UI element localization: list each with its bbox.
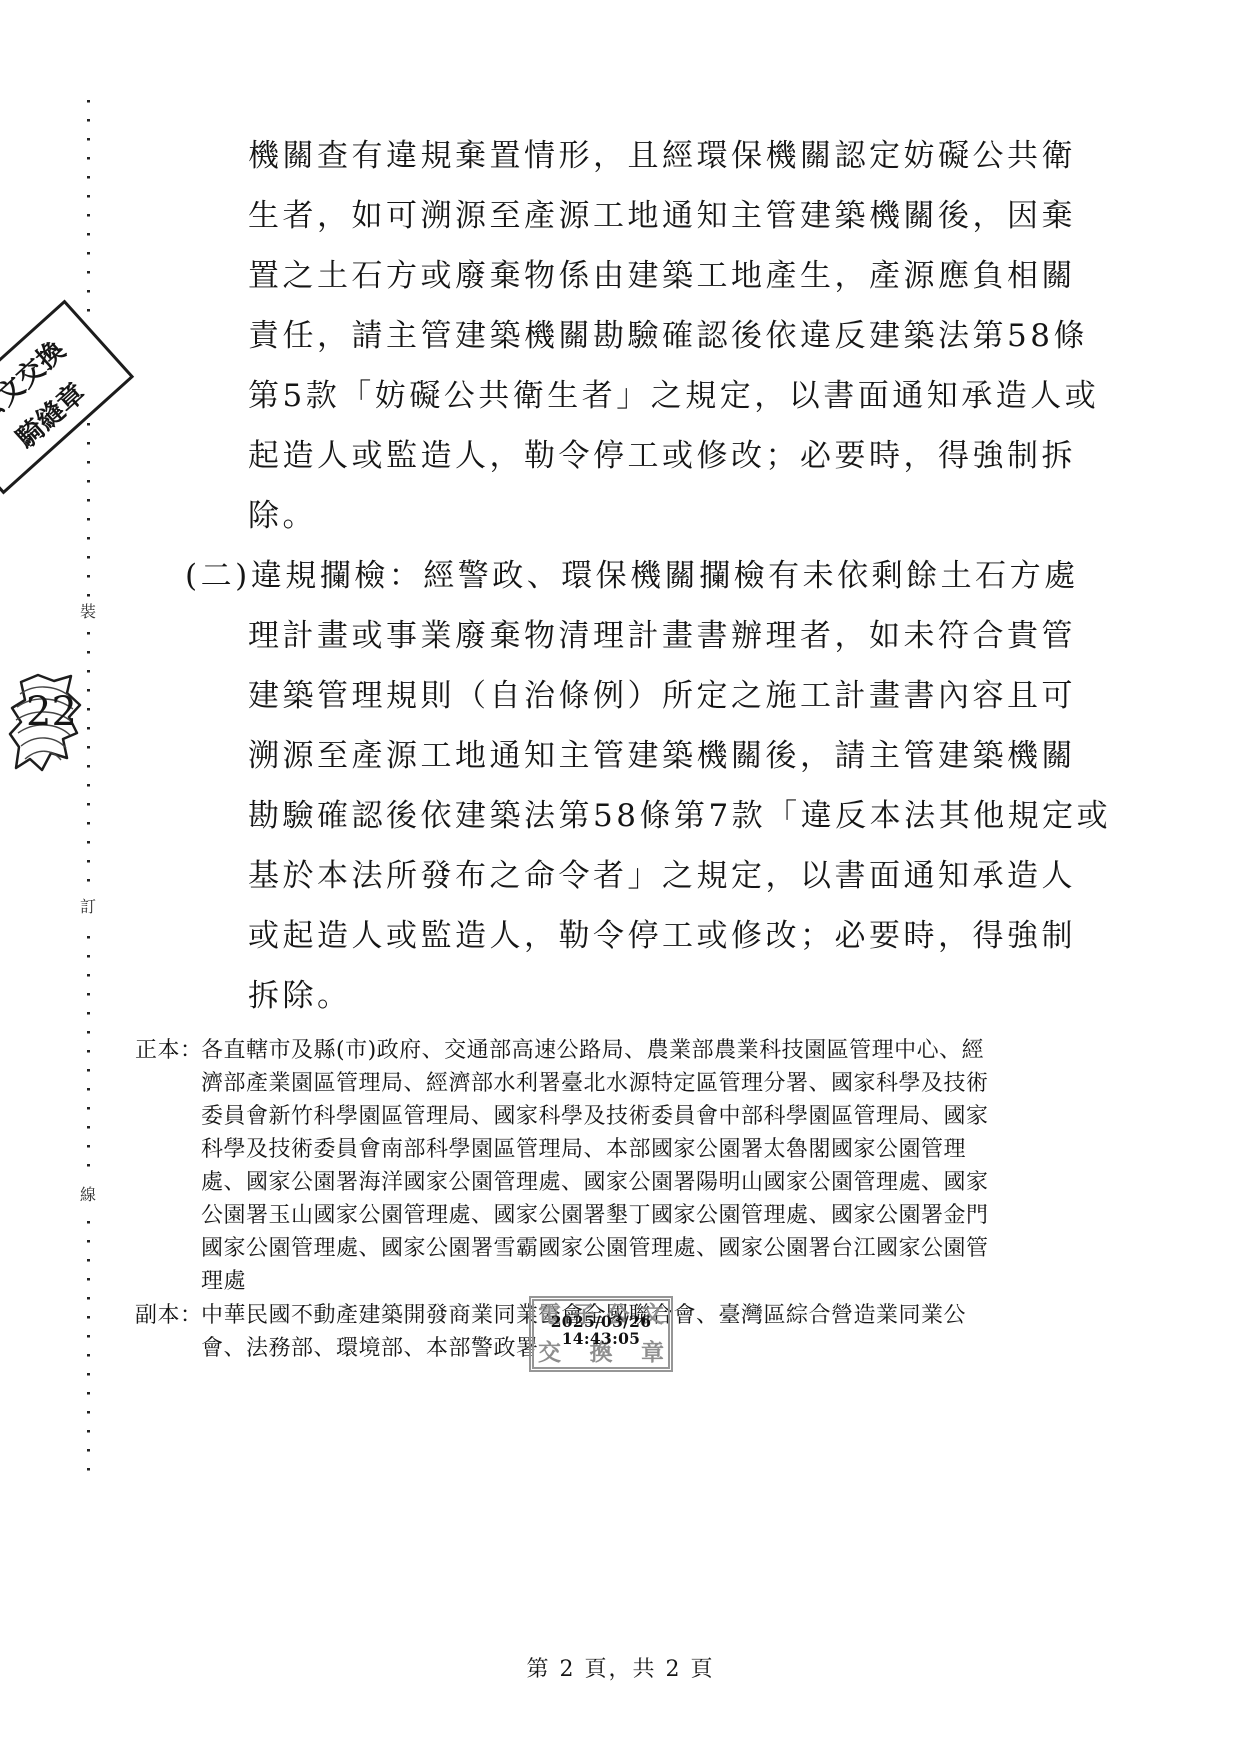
copy-recipients-label: 副本： <box>135 1299 203 1332</box>
paging-seal-stamp: 公文交換 騎縫章 <box>0 299 134 494</box>
document-page: 裝 訂 線 公文交換 騎縫章 22 機關查有違規棄置情形，且經環保機關認定妨礙公… <box>0 0 1241 1754</box>
page-seal-number-glyph: 22 <box>26 689 77 735</box>
binding-mark-ding: 訂 <box>78 893 98 921</box>
binding-dotted-line <box>87 100 90 1485</box>
body-line: 或起造人或監造人，勒令停工或修改；必要時，得強制 <box>185 906 1025 966</box>
binding-mark-xian: 線 <box>78 1181 98 1209</box>
exchange-stamp-datetime: 2025/03/26 14:43:05 <box>534 1313 668 1347</box>
binding-mark-zhuang: 裝 <box>78 598 98 626</box>
body-line: 基於本法所發布之命令者」之規定，以書面通知承造人 <box>185 846 1025 906</box>
body-line: 置之土石方或廢棄物係由建築工地產生，產源應負相關 <box>185 246 1025 306</box>
primary-recipients-lines: 各直轄市及縣(市)政府、交通部高速公路局、農業部農業科技園區管理中心、經 濟部產… <box>201 1034 1025 1298</box>
body-line: 第5款「妨礙公共衛生者」之規定，以書面通知承造人或 <box>185 366 1025 426</box>
exchange-stamp-time: 14:43:05 <box>534 1330 668 1347</box>
recipient-line: 處、國家公園署海洋國家公園管理處、國家公園署陽明山國家公園管理處、國家 <box>201 1166 1025 1199</box>
body-line: 勘驗確認後依建築法第58條第7款「違反本法其他規定或 <box>185 786 1025 846</box>
electronic-exchange-stamp: 電 子 公 文 交 換 章 2025/03/26 14:43:05 <box>529 1296 673 1372</box>
body-line: 溯源至產源工地通知主管建築機關後，請主管建築機關 <box>185 726 1025 786</box>
footer-page-number: 第 2 頁，共 2 頁 <box>0 1652 1241 1683</box>
page-number-seal: 22 <box>8 672 88 784</box>
body-line: 拆除。 <box>185 966 1025 1026</box>
recipient-line: 各直轄市及縣(市)政府、交通部高速公路局、農業部農業科技園區管理中心、經 <box>201 1034 1025 1067</box>
body-text: 機關查有違規棄置情形，且經環保機關認定妨礙公共衛 生者，如可溯源至產源工地通知主… <box>185 126 1025 1026</box>
body-line: 理計畫或事業廢棄物清理計畫書辦理者，如未符合貴管 <box>185 606 1025 666</box>
body-line-item-2: (二)違規攔檢：經警政、環保機關攔檢有未依剩餘土石方處 <box>185 546 1025 606</box>
recipient-line: 委員會新竹科學園區管理局、國家科學及技術委員會中部科學園區管理局、國家 <box>201 1100 1025 1133</box>
recipient-line: 濟部產業園區管理局、經濟部水利署臺北水源特定區管理分署、國家科學及技術 <box>201 1067 1025 1100</box>
body-line: 機關查有違規棄置情形，且經環保機關認定妨礙公共衛 <box>185 126 1025 186</box>
body-line: 建築管理規則（自治條例）所定之施工計畫書內容且可 <box>185 666 1025 726</box>
body-line: 除。 <box>185 486 1025 546</box>
recipient-line: 科學及技術委員會南部科學園區管理局、本部國家公園署太魯閣國家公園管理 <box>201 1133 1025 1166</box>
body-line: 起造人或監造人，勒令停工或修改；必要時，得強制拆 <box>185 426 1025 486</box>
recipient-line: 公園署玉山國家公園管理處、國家公園署墾丁國家公園管理處、國家公園署金門 <box>201 1199 1025 1232</box>
primary-recipients-block: 正本： 各直轄市及縣(市)政府、交通部高速公路局、農業部農業科技園區管理中心、經… <box>135 1034 1025 1298</box>
exchange-stamp-date: 2025/03/26 <box>534 1313 668 1330</box>
recipient-line: 國家公園管理處、國家公園署雪霸國家公園管理處、國家公園署台江國家公園管 <box>201 1232 1025 1265</box>
body-line: 責任，請主管建築機關勘驗確認後依違反建築法第58條 <box>185 306 1025 366</box>
recipient-line: 理處 <box>201 1265 1025 1298</box>
body-line: 生者，如可溯源至產源工地通知主管建築機關後，因棄 <box>185 186 1025 246</box>
scribble-seal-icon: 22 <box>8 672 88 780</box>
primary-recipients-label: 正本： <box>135 1034 203 1067</box>
